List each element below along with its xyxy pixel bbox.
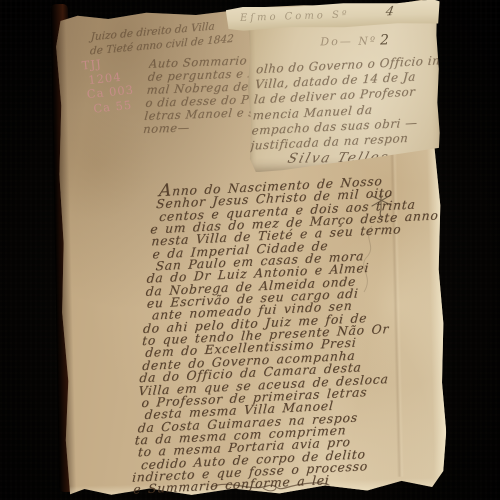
- doc-number: Do— Nº2: [320, 29, 389, 49]
- archival-codes: TJJ 1204 Ca 003 Ca 55: [81, 54, 136, 117]
- intro-paragraph-left: Auto Sommario Cri— de perguntas e Não ma…: [143, 54, 257, 137]
- strip-note: Eſmo Como Sº: [240, 9, 350, 23]
- page-number: 4: [385, 3, 396, 18]
- fragment-paragraph: olho do Governo o Officio in Villa, data…: [250, 53, 441, 154]
- photo-scene: Juizo de direito da Villa de Tieté anno …: [0, 0, 500, 500]
- doc-number-label: Do— Nº: [320, 35, 377, 49]
- body-paragraph: Anno do Nascimento de Nosso Senhor Jesus…: [131, 171, 442, 496]
- closing-flourish: [205, 477, 335, 495]
- doc-number-value: 2: [380, 32, 389, 48]
